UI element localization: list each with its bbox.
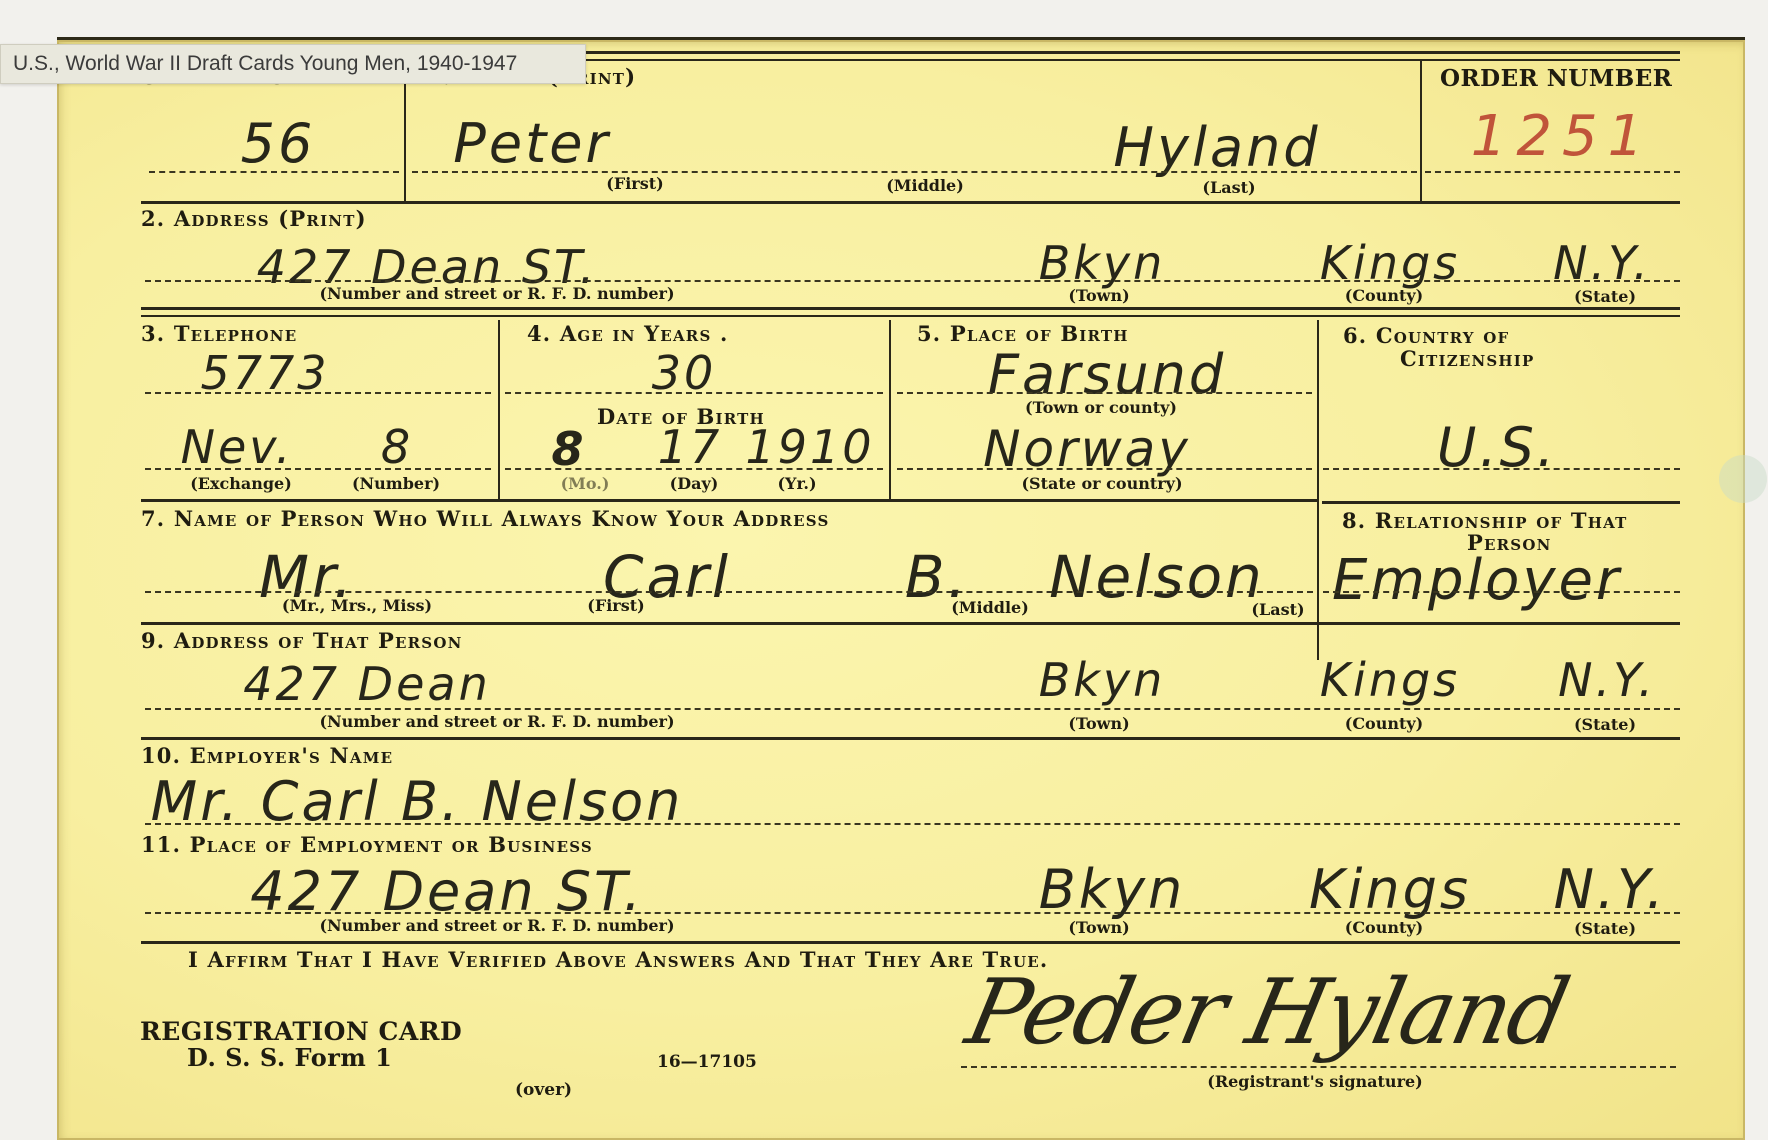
contact-person-label: 7. Name of Person Who Will Always Know Y… [141,506,830,531]
sub-employment-street: (Number and street or R. F. D. number) [319,916,674,935]
birth-country-line [897,468,1312,470]
name-line [412,171,1417,173]
telephone-number: 8 [381,420,413,474]
form-name: D. S. S. Form 1 [187,1043,392,1072]
dob-day: 17 [658,420,723,474]
signature-line [961,1066,1676,1068]
order-divider [1420,60,1422,203]
draft-registration-card: SERIAL NUMBER 56 1. NAME (Print) Peter H… [57,37,1745,1140]
telephone-exchange: Nev. [181,420,294,474]
sub-employment-town: (Town) [1068,918,1129,937]
employment-place-label: 11. Place of Employment or Business [141,832,593,857]
signature-label: (Registrant's signature) [1207,1072,1422,1091]
relationship-value: Employer [1332,548,1622,613]
sub-first: (First) [606,174,663,193]
sub-day: (Day) [670,474,719,493]
sub-town: (Town) [1068,286,1129,305]
sub-month: (Mo.) [561,474,610,493]
employer-label: 10. Employer's Name [141,743,393,768]
serial-number-value: 56 [241,112,316,175]
registrant-signature: Peder Hyland [958,960,1576,1065]
dob-line [505,468,883,470]
row7-rule [141,622,1680,625]
contact-address-label: 9. Address of That Person [141,628,463,653]
form-number: 16—17105 [657,1052,757,1072]
sub-last: (Last) [1202,178,1255,197]
name-first-value: Peter [453,112,610,175]
over-note: (over) [515,1080,572,1100]
sub-state-or-country: (State or country) [1021,474,1182,493]
address-label: 2. Address (Print) [141,206,367,231]
sub-employment-county: (County) [1345,918,1424,937]
telephone-label: 3. Telephone [141,321,297,346]
collection-title-tooltip: U.S., World War II Draft Cards Young Men… [0,44,586,84]
affirm-statement: I Affirm That I Have Verified Above Answ… [188,947,1048,972]
contact-address-town: Bkyn [1039,653,1166,707]
row1-rule [141,201,1680,204]
order-number-value: 1251 [1471,104,1654,169]
age-line [505,392,883,394]
divider-tel-age [498,320,500,500]
relationship-line [1323,591,1680,593]
contact-last: Nelson [1049,543,1265,611]
sub-exchange: (Exchange) [190,474,292,493]
divider-birth-citizenship [1317,320,1319,660]
sub-contact-last: (Last) [1251,600,1304,619]
sub-employment-state: (State) [1574,919,1636,938]
sub-title: (Mr., Mrs., Miss) [282,596,432,615]
sub-contact-state: (State) [1574,715,1636,734]
sub-year: (Yr.) [777,474,816,493]
row3-rule-right [1322,501,1680,504]
contact-line [145,591,1313,593]
order-number-label: ORDER NUMBER [1440,65,1672,92]
serial-line [149,171,399,173]
employment-line [145,912,1680,914]
sub-street: (Number and street or R. F. D. number) [319,284,674,303]
contact-address-line [145,708,1680,710]
employer-line [145,823,1680,825]
row11-rule [141,941,1680,944]
contact-address-state: N.Y. [1558,653,1656,707]
telephone-line-2 [145,468,491,470]
sub-middle: (Middle) [886,176,964,195]
citizenship-label-2: Citizenship [1400,346,1535,371]
row3-rule-left [141,499,1319,502]
row9-rule [141,737,1680,740]
citizenship-line [1323,468,1680,470]
sub-contact-middle: (Middle) [951,598,1029,617]
sub-number: (Number) [352,474,440,493]
citizenship-label-1: 6. Country of [1343,323,1509,348]
age-label: 4. Age in Years . [527,321,729,346]
telephone-line-1 [145,392,491,394]
sub-contact-town: (Town) [1068,714,1129,733]
dob-year: 1910 [745,420,874,474]
sub-contact-first: (First) [587,596,644,615]
sub-county: (County) [1345,286,1424,305]
sub-state: (State) [1574,287,1636,306]
order-line [1425,171,1680,173]
sub-contact-street: (Number and street or R. F. D. number) [319,712,674,731]
faint-stamp-mark [1719,455,1767,503]
birth-town-line [897,392,1312,394]
sub-town-or-county: (Town or county) [1025,398,1177,417]
row2-rule-2 [141,315,1680,317]
address-line [145,280,1680,282]
divider-age-birth [889,320,891,500]
name-last-value: Hyland [1113,116,1320,179]
registration-card-title: REGISTRATION CARD [140,1017,462,1046]
birth-town: Farsund [988,343,1226,406]
sub-contact-county: (County) [1345,714,1424,733]
contact-address-county: Kings [1320,653,1460,707]
row2-rule [141,307,1680,310]
contact-address-street: 427 Dean [243,657,491,711]
